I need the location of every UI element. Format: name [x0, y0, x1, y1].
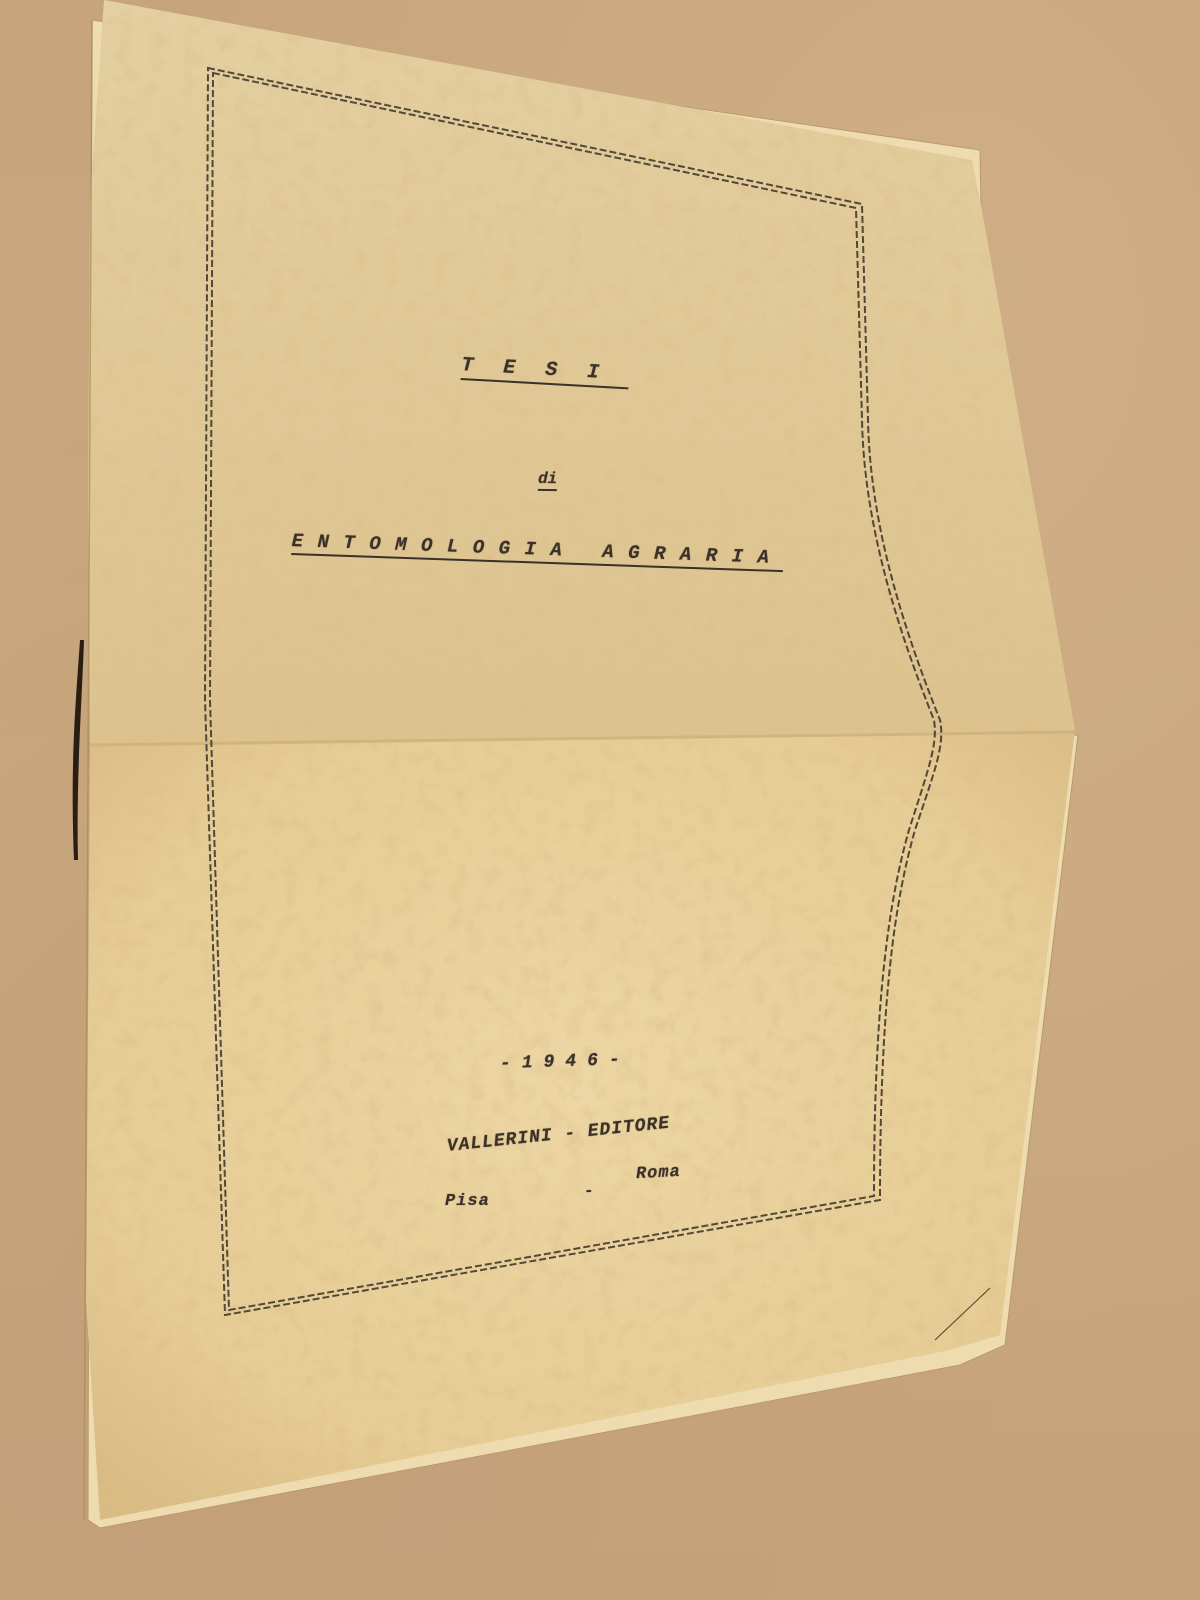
spine-shadow — [73, 640, 84, 860]
city-separator: - — [584, 1182, 594, 1200]
cover-connector: di — [538, 470, 558, 491]
city-pisa: Pisa — [445, 1192, 490, 1211]
city-roma: Roma — [636, 1163, 682, 1184]
cover-page — [0, 0, 1200, 1600]
